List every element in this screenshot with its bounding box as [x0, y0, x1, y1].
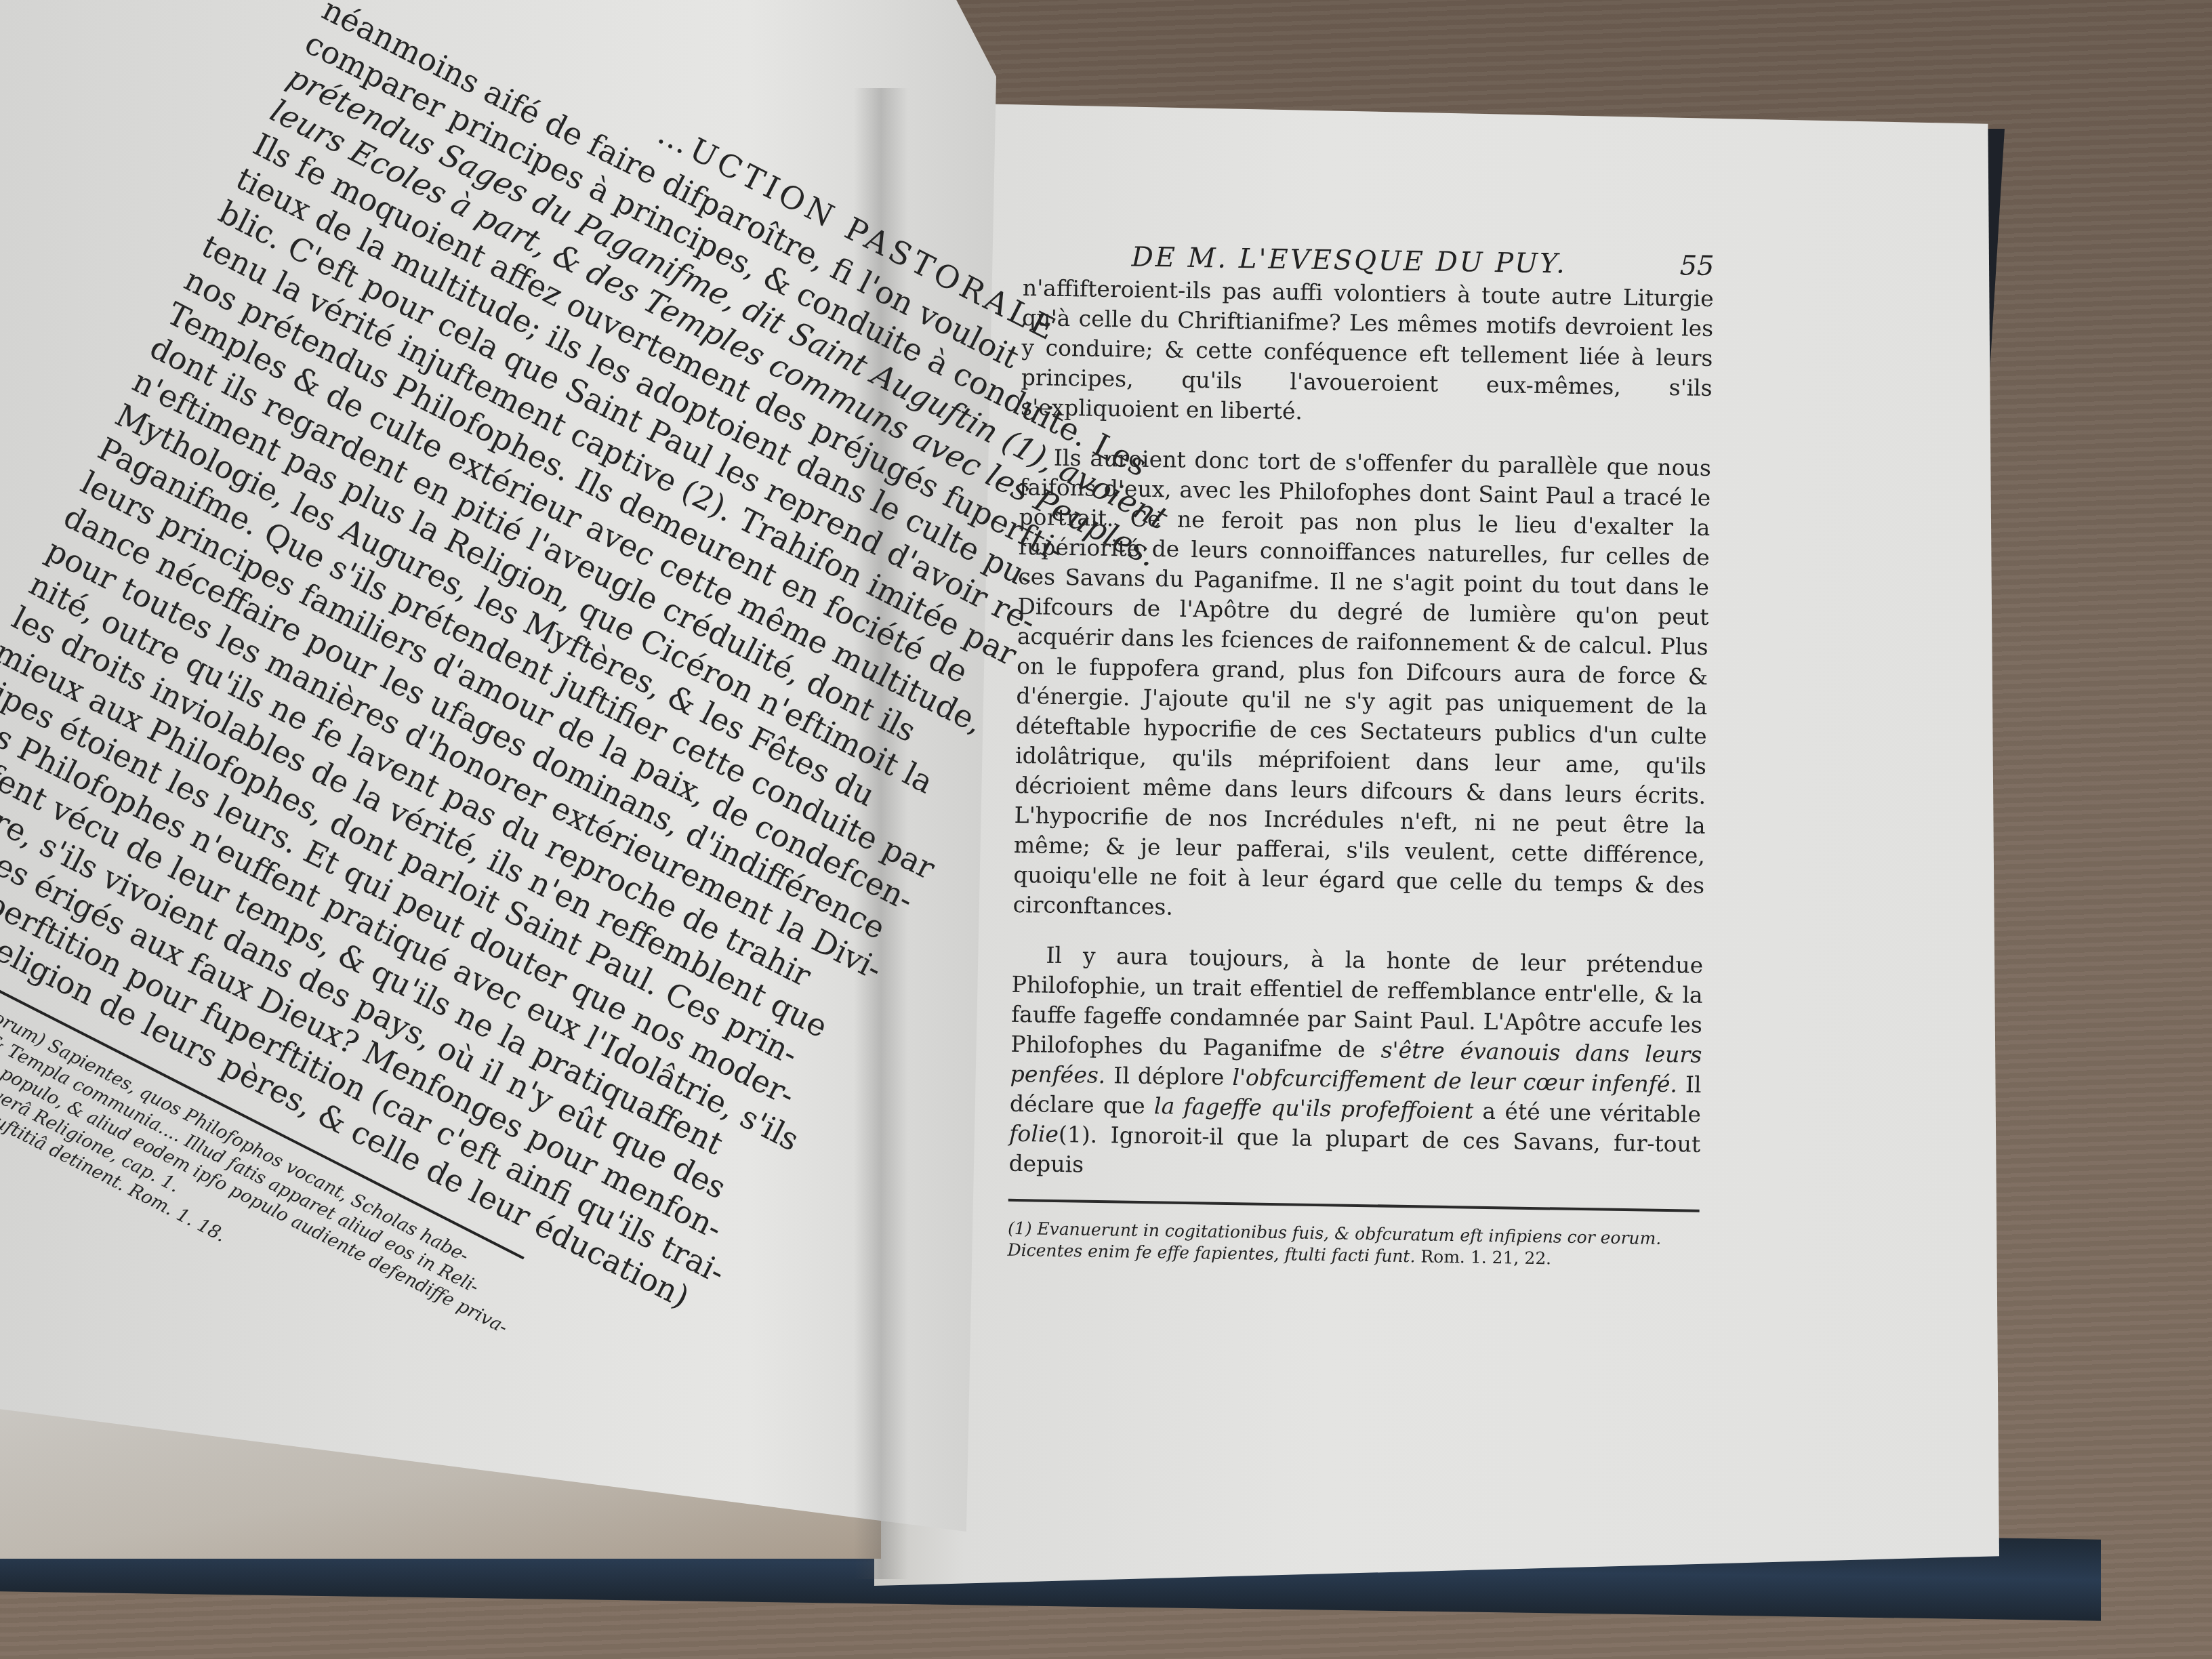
right-page-text: DE M. L'EVESQUE DU PUY. 55 n'affifteroie… [1007, 241, 1715, 1272]
p3-text: (1). Ignoroit-il que la plupart de ces S… [1008, 1121, 1700, 1178]
page-number: 55 [1679, 251, 1715, 281]
p3-text: a été une véritable [1473, 1098, 1701, 1128]
paragraph-1: n'affifteroient-ils pas auffi volontiers… [1021, 273, 1714, 433]
footnote-divider [1008, 1199, 1700, 1212]
p3-italic-quote: folie [1009, 1120, 1059, 1147]
footnote-reference: Rom. 1. 21, 22. [1415, 1246, 1551, 1268]
p3-italic-quote: la fageffe qu'ils profeffoient [1154, 1092, 1474, 1124]
p3-italic-quote: l'obfcurciffement de leur cœur infenfé. [1232, 1064, 1677, 1097]
paragraph-3: Il y aura toujours, à la honte de leur p… [1008, 940, 1703, 1189]
running-head-title: DE M. L'EVESQUE DU PUY. [1131, 243, 1567, 279]
p3-text: Il déplore [1105, 1062, 1233, 1090]
